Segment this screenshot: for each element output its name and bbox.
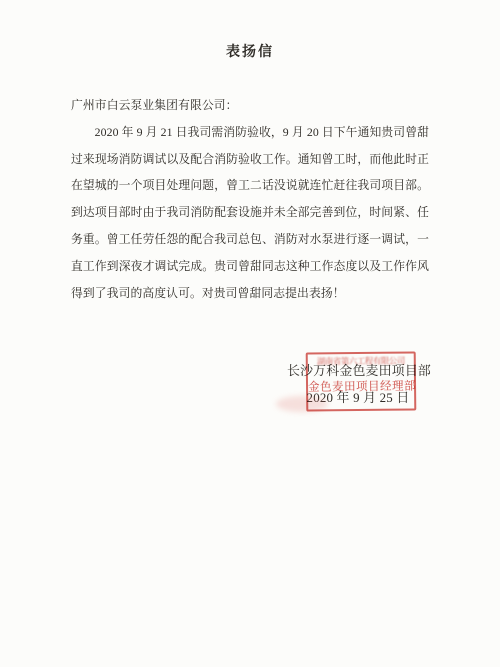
body-line: 在望城的一个项目处理问题，曾工二话没说就连忙赶往我司项目部。 bbox=[71, 172, 429, 199]
body-line: 直工作到深夜才调试完成。贵司曾甜同志这种工作态度以及工作作风 bbox=[71, 253, 429, 280]
commendation-letter-page: 表扬信 广州市白云泵业集团有限公司： 2020 年 9 月 21 日我司需消防验… bbox=[0, 0, 500, 667]
body-line: 2020 年 9 月 21 日我司需消防验收，9 月 20 日下午通知贵司曾甜 bbox=[71, 119, 429, 146]
signature-line: 长沙万科金色麦田项目部 bbox=[285, 364, 431, 378]
recipient-line: 广州市白云泵业集团有限公司： bbox=[71, 92, 429, 119]
letter-title: 表扬信 bbox=[0, 44, 500, 62]
letter-body: 广州市白云泵业集团有限公司： 2020 年 9 月 21 日我司需消防验收，9 … bbox=[71, 92, 429, 306]
body-line: 到达项目部时由于我司消防配套设施并未全部完善到位，时间紧、任 bbox=[71, 199, 429, 226]
stamp-ink-smudge bbox=[276, 396, 328, 412]
body-line: 过来现场消防调试以及配合消防验收工作。通知曾工时，而他此时正 bbox=[71, 146, 429, 173]
body-line: 务重。曾工任劳任怨的配合我司总包、消防对水泵进行逐一调试，一 bbox=[71, 226, 429, 253]
body-line: 得到了我司的高度认可。对贵司曾甜同志提出表扬！ bbox=[71, 280, 429, 307]
